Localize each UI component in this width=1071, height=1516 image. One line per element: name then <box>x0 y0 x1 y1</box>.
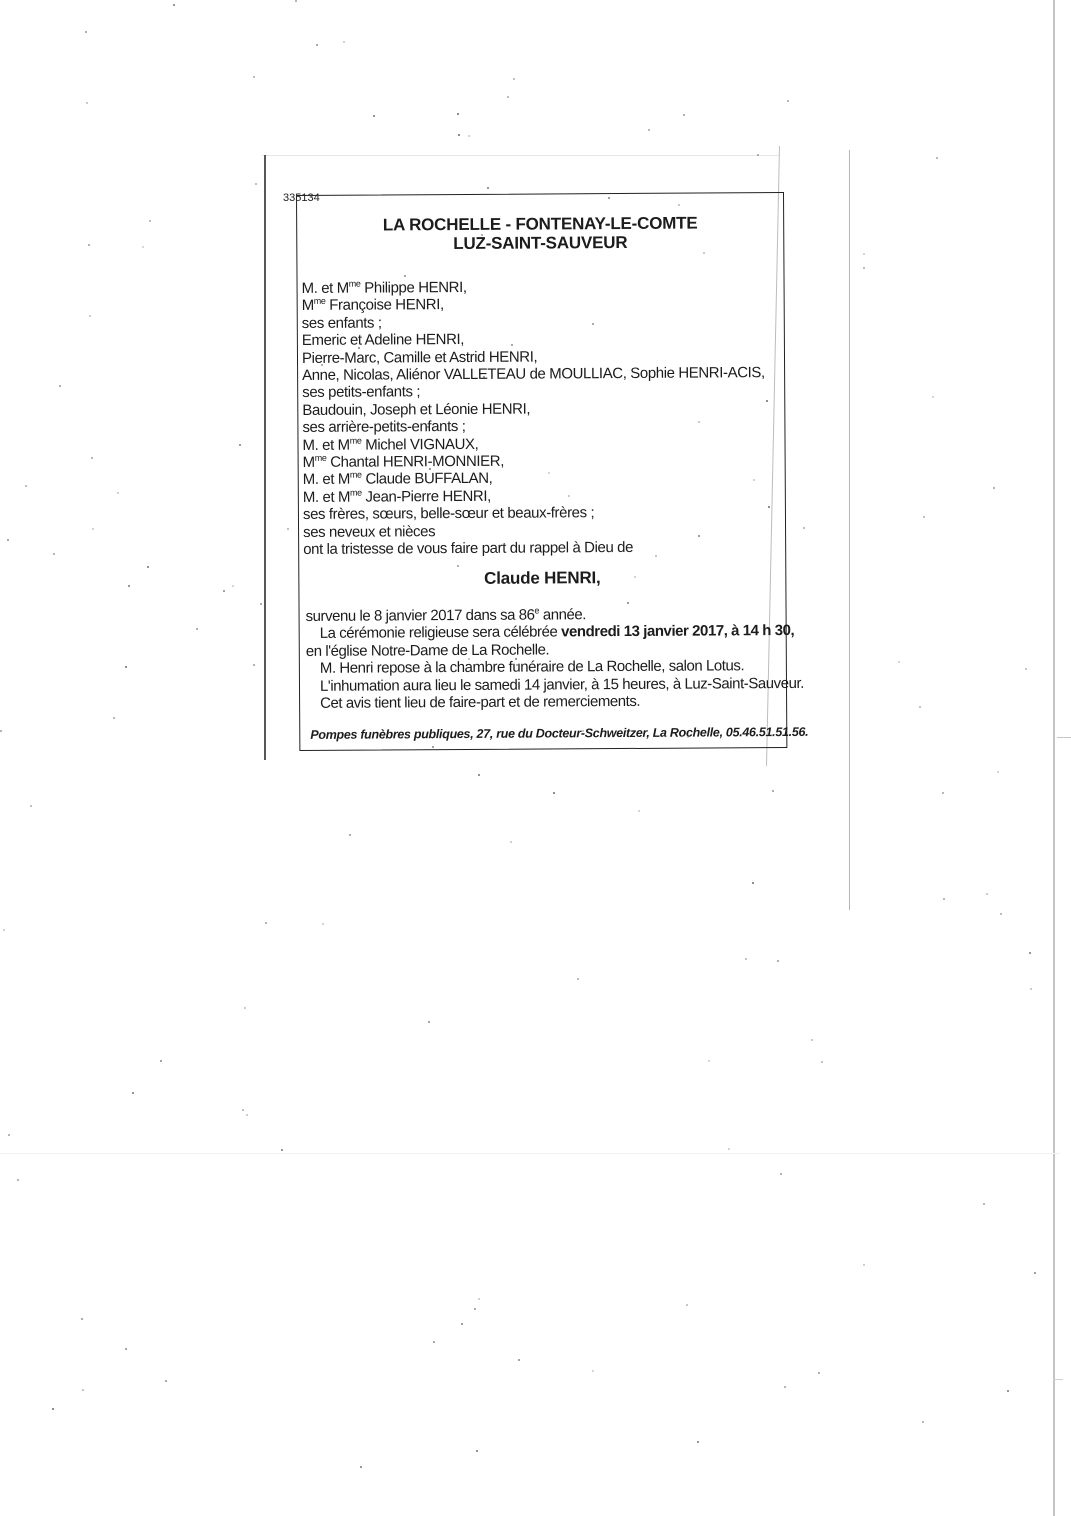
scan-edge-left <box>264 155 266 760</box>
family-line: Anne, Nicolas, Aliénor VALLETEAU de MOUL… <box>302 364 765 384</box>
obituary-notice: LA ROCHELLE - FONTENAY-LE-COMTE LUZ-SAIN… <box>296 192 787 751</box>
scan-mark-red <box>1057 737 1071 738</box>
heading-line-2: LUZ-SAINT-SAUVEUR <box>297 232 783 254</box>
scan-crease <box>0 1153 1060 1154</box>
burial-line: L'inhumation aura lieu le samedi 14 janv… <box>306 675 786 695</box>
deceased-name: Claude HENRI, <box>299 567 785 590</box>
notice-body: survenu le 8 janvier 2017 dans sa 86e an… <box>306 605 787 712</box>
ceremony-line: La cérémonie religieuse sera célébrée ve… <box>306 622 786 642</box>
page-edge-line <box>1053 0 1055 1516</box>
scan-fold-line <box>849 150 850 910</box>
scan-mark-cyan <box>1053 1379 1063 1380</box>
family-line: ont la tristesse de vous faire part du r… <box>303 538 766 558</box>
notice-line: Cet avis tient lieu de faire-part et de … <box>306 692 786 712</box>
notice-heading: LA ROCHELLE - FONTENAY-LE-COMTE LUZ-SAIN… <box>297 213 783 254</box>
funeral-home-footer: Pompes funèbres publiques, 27, rue du Do… <box>310 725 808 742</box>
family-list: M. et Mme Philippe HENRI,Mme Françoise H… <box>302 277 766 558</box>
scan-edge-top <box>262 155 780 156</box>
